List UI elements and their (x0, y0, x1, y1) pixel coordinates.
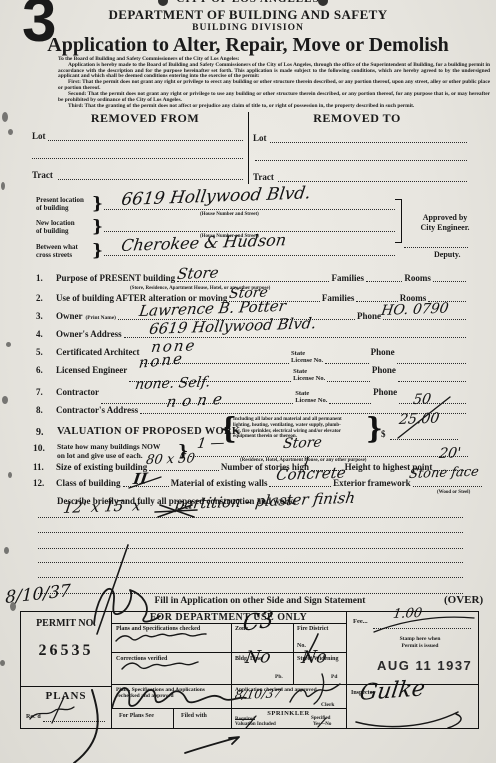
item1-dots3 (433, 281, 466, 282)
describe-line-4 (38, 562, 463, 563)
present-location-line1: Present location (36, 196, 84, 204)
sprinkler-yes-no: Yes—No (313, 722, 331, 727)
department-title: DEPARTMENT OF BUILDING AND SAFETY (0, 7, 496, 23)
item12-dots3 (413, 486, 482, 487)
preamble-second: Second: That the permit does not grant a… (58, 92, 490, 104)
hw-zone: C3 (242, 607, 274, 637)
lot-to-label: Lot (253, 133, 267, 143)
lot-from-label: Lot (32, 131, 46, 141)
table-v-leftcol (111, 612, 112, 728)
approved-line2: City Engineer. (410, 223, 480, 233)
pd-label: Pd (331, 674, 337, 680)
item8-label: Contractor's Address (56, 405, 138, 415)
dollar-sign: $ (381, 429, 386, 439)
item3-sub: (Print Name) (86, 315, 116, 321)
deputy-line (404, 247, 468, 248)
hw-fee: 1.00 (392, 606, 423, 622)
table-h-rowB (111, 684, 346, 685)
filed-with-label: Filed with (181, 713, 207, 719)
approved-line1: Approved by (410, 213, 480, 223)
item6-label: Licensed Engineer (56, 365, 127, 375)
item1-rooms: Rooms (404, 273, 431, 283)
item6-dots3 (398, 381, 466, 382)
item9-num: 9. (36, 427, 44, 438)
scan-artifact (2, 112, 8, 122)
item6-phone: Phone (372, 365, 396, 375)
plans-label: PLANS (21, 690, 111, 702)
corrections-label: Corrections verified (116, 656, 167, 662)
pen-arrow (185, 737, 239, 753)
new-brace: } (92, 217, 103, 237)
division-title: BUILDING DIVISION (0, 23, 496, 33)
item5-state-block: State License No. (291, 351, 323, 365)
scan-artifact (1, 182, 5, 190)
item12-num: 12. (33, 478, 56, 488)
item1-families: Families (331, 273, 364, 283)
cross-brace: } (92, 241, 103, 261)
item5-dots2 (325, 363, 368, 364)
stamp-line1: Stamp here when (400, 636, 441, 642)
item11-dots1 (149, 470, 219, 471)
clerk-label: Clerk (321, 702, 334, 708)
item4-num: 4. (36, 329, 56, 339)
table-h-banner (111, 623, 346, 624)
hw-buildings-count: 1 — (196, 435, 226, 452)
approved-by-label: Approved by City Engineer. (410, 213, 480, 232)
item5-num: 5. (36, 347, 56, 357)
right-bracket (395, 199, 402, 243)
new-location-label: New location of building (36, 219, 75, 235)
item7-num: 7. (36, 387, 56, 397)
for-plans-see-label: For Plans See (119, 713, 154, 719)
describe-line-1 (38, 517, 463, 518)
hw-bldg-line: No (244, 647, 272, 668)
hw-cross-streets: Cherokee & Hudson (120, 230, 288, 255)
table-v-rightcol (346, 612, 347, 728)
to-line-2 (255, 160, 467, 161)
item7-label: Contractor (56, 387, 99, 397)
item3-num: 3. (36, 311, 56, 321)
hw-material: Concrete (275, 463, 347, 484)
describe-line-6 (38, 593, 463, 594)
stamp-line2: Permit is issued (402, 643, 439, 649)
present-location-line (104, 209, 395, 210)
deputy-label: Deputy. (434, 250, 460, 259)
item12-material-label: Material of existing walls (171, 478, 268, 488)
plans-checked-label: Plans and Specifications checked (116, 626, 200, 632)
cross-streets-line (104, 255, 395, 256)
item10-label-1: State how many buildings NOW (57, 442, 160, 451)
hw-framework: Stone face (408, 464, 480, 482)
cross-streets-label: Between what cross streets (36, 243, 78, 259)
hw-inspector-signature: Gulke (358, 676, 427, 706)
item7-dots2 (329, 403, 371, 404)
preamble-third: Third: That the granting of the permit d… (58, 104, 490, 110)
scan-artifact (0, 660, 5, 666)
rechecked-label: Plans, Specifications and Applications r… (116, 687, 228, 700)
item5-label: Certificated Architect (56, 347, 140, 357)
item2-families: Families (322, 293, 355, 303)
rechecked-line2: rechecked and approved (116, 693, 174, 699)
hw-valuation-top: 50 (412, 391, 432, 408)
describe-line-2 (38, 532, 463, 533)
fire-district-label: Fire District (297, 626, 328, 632)
cross-streets-line2: cross streets (36, 251, 78, 259)
hw-date-note: 8/10/37 (5, 581, 71, 608)
item10-line (190, 456, 468, 457)
item3-dots2 (383, 319, 466, 320)
item7-phone: Phone (373, 387, 397, 397)
permit-no: 26535 (21, 642, 111, 660)
over-note: (OVER) (444, 594, 483, 606)
hw-present-location: 6619 Hollywood Blvd. (120, 183, 312, 210)
item1-num: 1. (36, 273, 56, 283)
cross-streets-line1: Between what (36, 243, 78, 251)
item1-label: Purpose of PRESENT building (56, 273, 175, 283)
removed-divider (248, 112, 249, 184)
fill-in-note: Fill in Application on other Side and Si… (120, 596, 400, 606)
item3-phone-label: Phone (357, 311, 381, 321)
lot-to-line (270, 142, 467, 143)
hw-owner-phone: HO. 0790 (380, 301, 450, 319)
hw-purpose: Store (176, 263, 220, 283)
recd-line (43, 721, 105, 722)
sprinkler-specified: Specified (311, 716, 330, 721)
hw-street-widening: No (300, 647, 328, 668)
hw-size: 80 x 50 (145, 451, 196, 468)
scan-artifact (8, 129, 13, 135)
hw-contractor-address: none (165, 390, 230, 411)
describe-line-5 (38, 577, 463, 578)
hw-class: II (132, 469, 149, 488)
scan-artifact (8, 472, 12, 478)
hw-buildings-use: Store (282, 435, 323, 452)
form-title: Application to Alter, Repair, Move or De… (0, 34, 496, 57)
hw-height: 20' (438, 445, 462, 462)
rechecked-line1: Plans, Specifications and Applications (116, 687, 205, 693)
item6-num: 6. (36, 365, 56, 375)
tract-from-line (58, 179, 243, 180)
present-location-label: Present location of building (36, 196, 84, 212)
pb-label: Pb. (275, 674, 283, 680)
item6-license: License No. (293, 376, 325, 383)
item7-dots3 (399, 403, 466, 404)
item5-phone: Phone (371, 347, 395, 357)
lot-from-line (48, 140, 243, 141)
table-h-rowC (111, 708, 346, 709)
item12-label: Class of building (56, 478, 121, 488)
describe-line-3 (38, 548, 463, 549)
hw-describe-2: partition - plaster finish (174, 489, 357, 513)
fee-label: Fee... (353, 618, 368, 625)
recd-label: Rec'd (26, 714, 41, 720)
item7-state-block: State License No. (295, 391, 327, 405)
item12-dots2 (269, 486, 331, 487)
item8-num: 8. (36, 405, 56, 415)
table-v-mid2 (293, 623, 294, 684)
tract-to-label: Tract (253, 172, 274, 182)
document-sheet: 3 CITY OF LOS ANGELES DEPARTMENT OF BUIL… (0, 0, 496, 763)
item6-state-block: State License No. (293, 369, 325, 383)
item10-label: State how many buildings NOW on lot and … (57, 442, 160, 460)
valuation-line (390, 439, 458, 440)
house-caption-1: (House Number and Street) (200, 212, 259, 217)
present-brace: } (92, 194, 103, 214)
item10-num: 10. (33, 444, 45, 454)
item5-license: License No. (291, 358, 323, 365)
item6-dots2 (327, 381, 370, 382)
city-title: CITY OF LOS ANGELES (0, 0, 496, 5)
present-location-line2: of building (36, 204, 84, 212)
from-line-2 (32, 158, 243, 159)
fee-line (373, 628, 471, 629)
hw-describe-1: 12' x 15' x (62, 496, 142, 517)
valuation-note-1: Including all labor and material and all… (233, 417, 342, 423)
valuation-note-2: lighting, heating, ventilating, water su… (233, 423, 342, 429)
item12-caption: (Wood or Steel) (437, 490, 470, 495)
item10-label-2: on lot and give use of each. (57, 451, 160, 460)
hw-describe: 12' x 15' x partition - plaster finish (62, 489, 356, 517)
new-location-line2: of building (36, 227, 75, 235)
item5-dots3 (397, 363, 466, 364)
scan-artifact (6, 342, 11, 347)
date-stamp: AUG 11 1937 (377, 658, 472, 673)
table-v-filed (173, 708, 174, 728)
item11-num: 11. (33, 462, 56, 472)
hw-valuation: 25.00 (398, 411, 440, 428)
stamp-here-label: Stamp here when Permit is issued (379, 636, 461, 649)
table-h-plans (21, 686, 111, 687)
removed-from-header: REMOVED FROM (60, 111, 230, 126)
permit-no-label: PERMIT NO. (21, 618, 111, 629)
preamble-intro: Application is hereby made to the Board … (58, 63, 490, 80)
scan-artifact (2, 396, 8, 404)
item1-dots2 (366, 281, 402, 282)
sprinkler-valuation: Valuation Included (235, 722, 276, 727)
dept-title: FOR DEPARTMENT USE ONLY (111, 612, 346, 623)
new-location-line1: New location (36, 219, 75, 227)
removed-to-header: REMOVED TO (272, 111, 442, 126)
tract-to-line (278, 181, 467, 182)
item3-label: Owner (56, 311, 83, 321)
scan-artifact (4, 547, 9, 554)
item4-label: Owner's Address (56, 329, 122, 339)
tract-from-label: Tract (32, 170, 53, 180)
preamble: To the Board of Building and Safety Comm… (58, 57, 490, 109)
hw-app-date: 8/10/37 (234, 686, 282, 702)
item7-license: License No. (295, 398, 327, 405)
item2-num: 2. (36, 293, 56, 303)
